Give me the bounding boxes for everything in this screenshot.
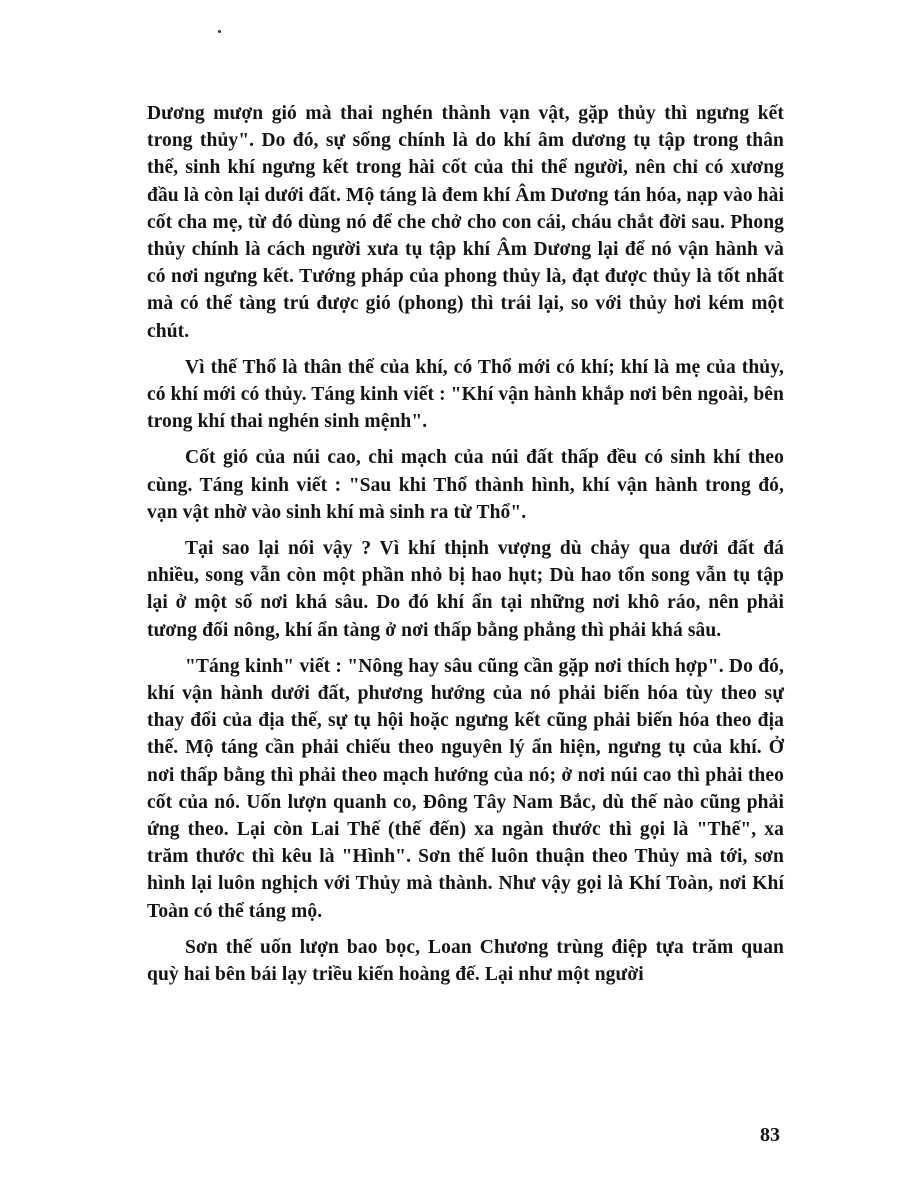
scan-speck [218,30,221,33]
paragraph-3: Cốt gió của núi cao, chi mạch của núi đấ… [147,444,784,526]
paragraph-4: Tại sao lại nói vậy ? Vì khí thịnh vượng… [147,535,784,644]
paragraph-1: Dương mượn gió mà thai nghén thành vạn v… [147,100,784,345]
page-body: Dương mượn gió mà thai nghén thành vạn v… [147,100,784,997]
paragraph-6: Sơn thế uốn lượn bao bọc, Loan Chương tr… [147,934,784,988]
page-number: 83 [760,1124,780,1147]
paragraph-2: Vì thế Thổ là thân thể của khí, có Thổ m… [147,354,784,436]
paragraph-5: "Táng kinh" viết : "Nông hay sâu cũng cầ… [147,653,784,925]
